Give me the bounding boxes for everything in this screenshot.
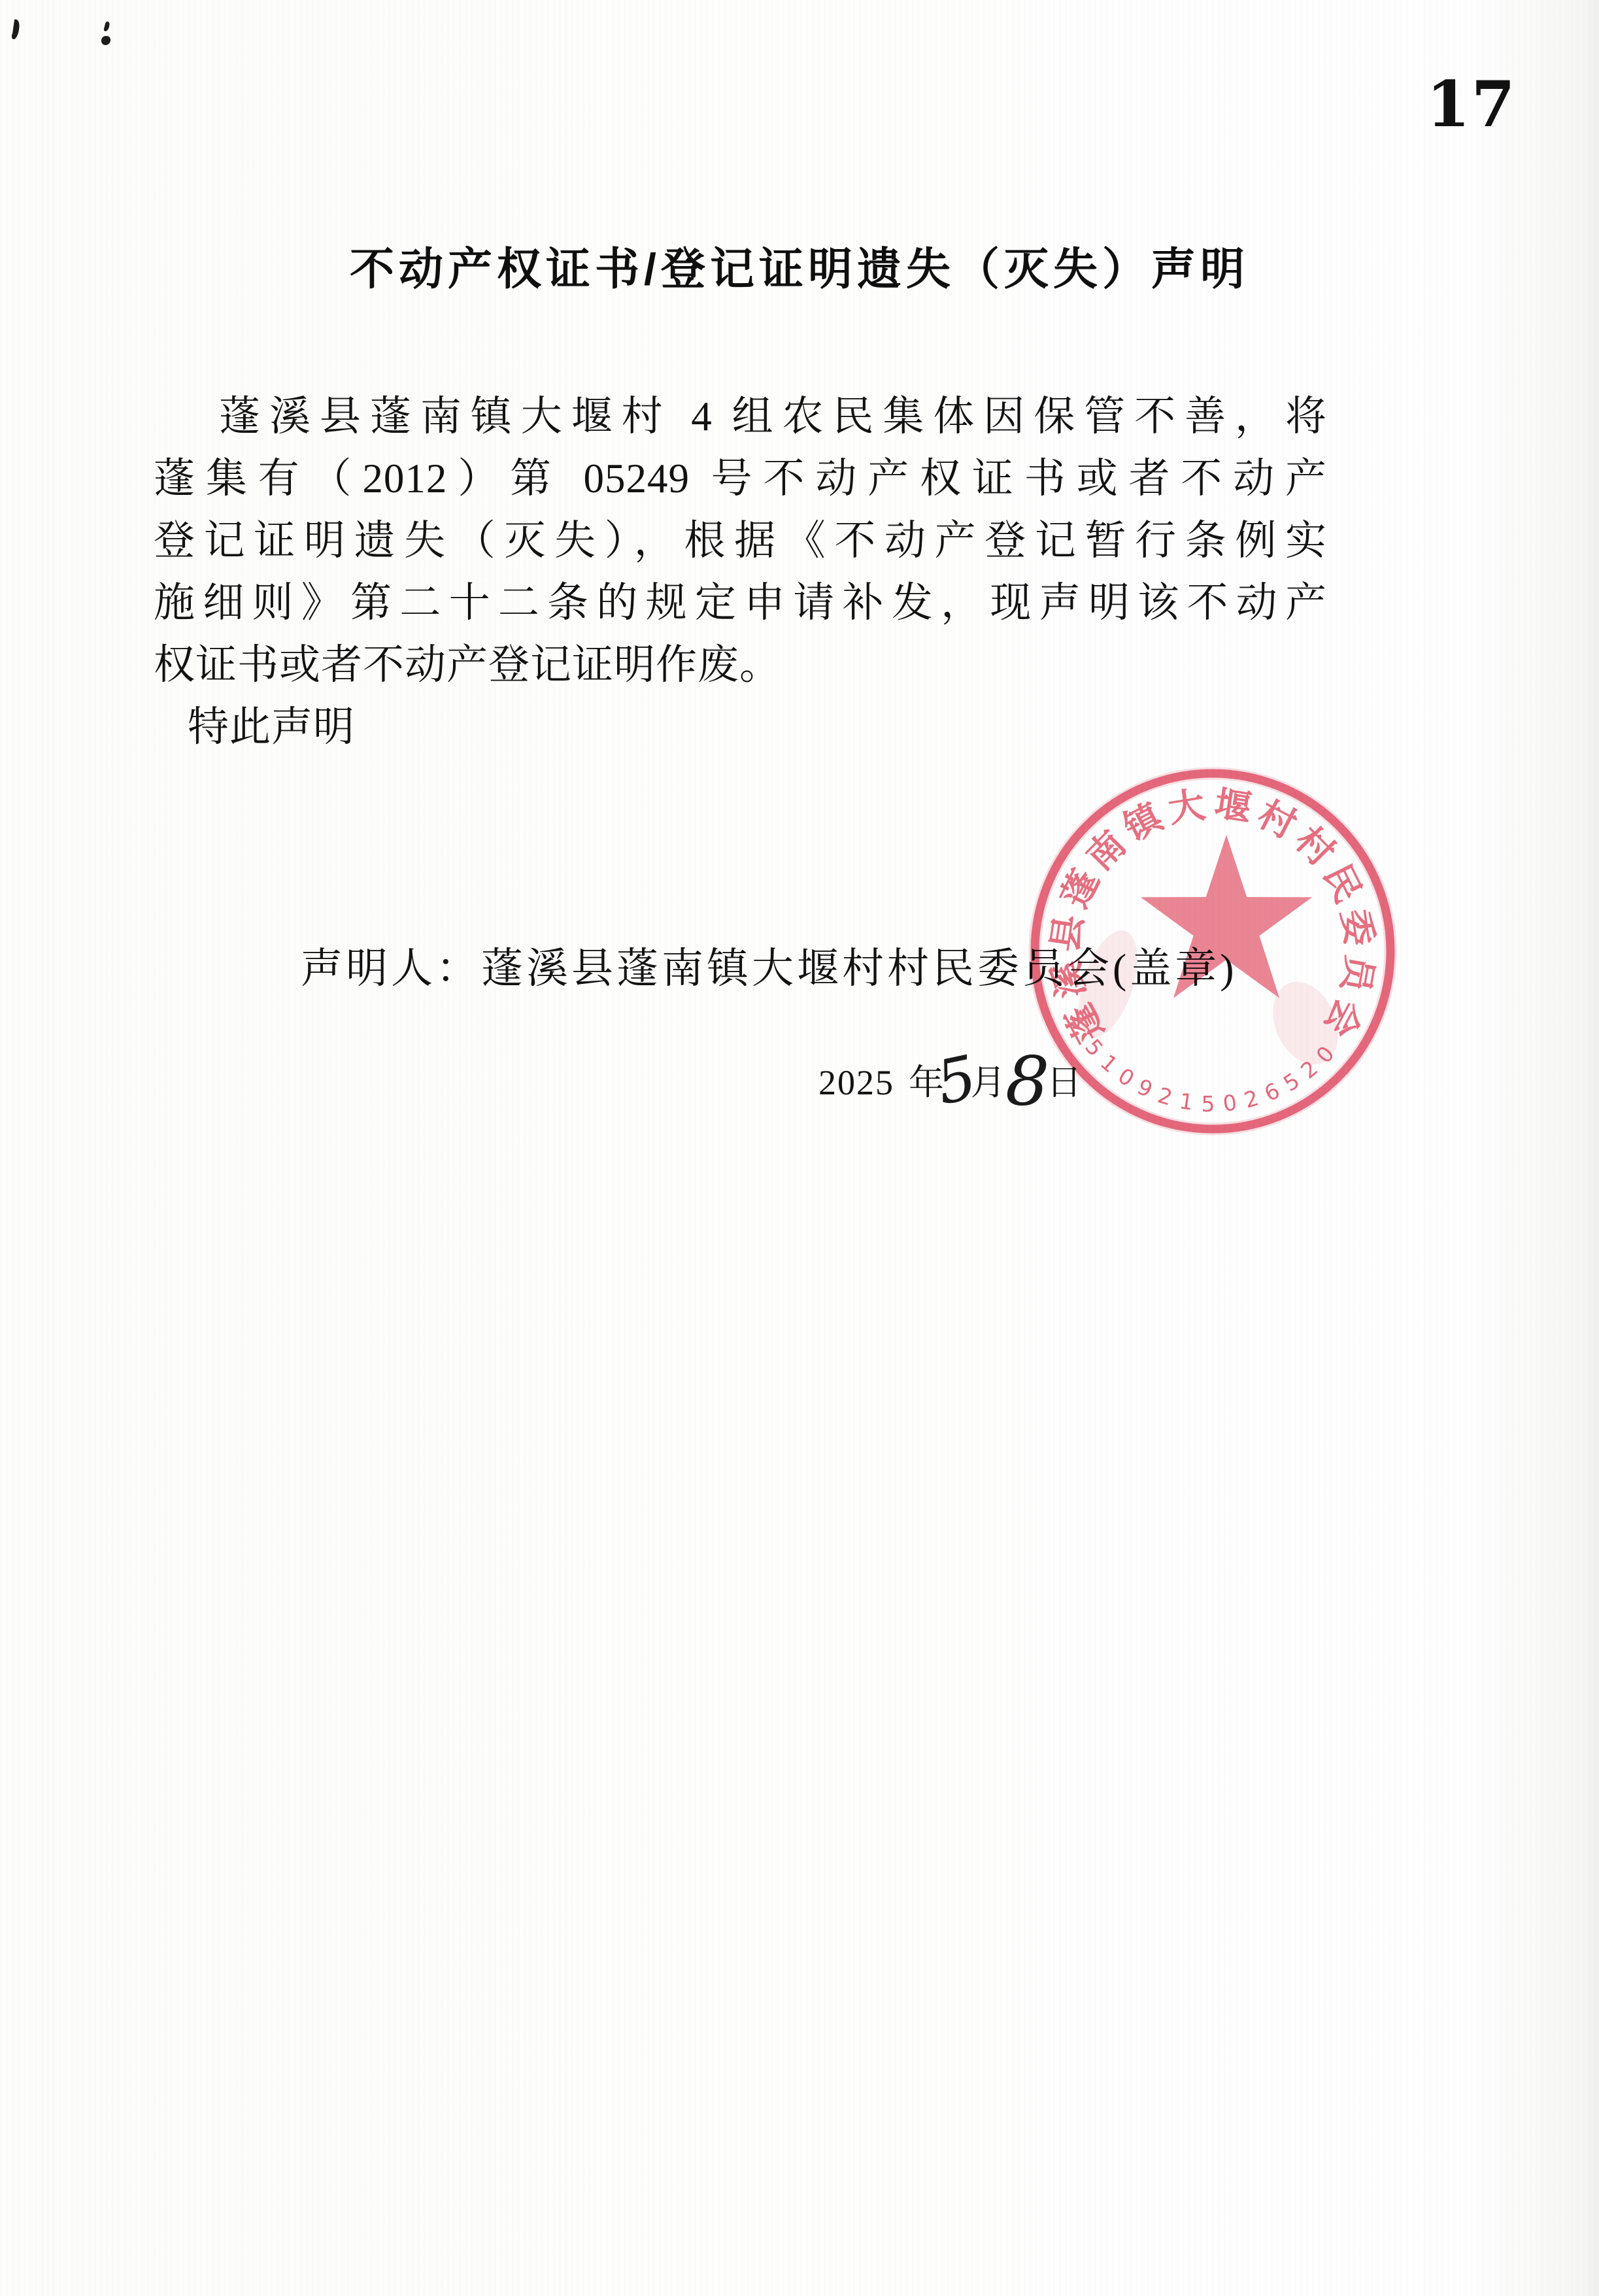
document-title: 不动产权证书/登记证明遗失（灭失）声明 bbox=[0, 243, 1599, 297]
date-year: 2025 bbox=[818, 1063, 894, 1102]
ink-speck bbox=[12, 33, 16, 39]
body-line-2: 蓬集有（2012）第 05249 号不动产权证书或者不动产 bbox=[154, 448, 1327, 510]
declaration-body: 蓬溪县蓬南镇大堰村 4 组农民集体因保管不善，将 蓬集有（2012）第 0524… bbox=[154, 386, 1327, 758]
ink-speck bbox=[101, 36, 110, 45]
body-line-5: 权证书或者不动产登记证明作废。 bbox=[154, 634, 1327, 696]
signature-label: 声明人： bbox=[301, 945, 481, 992]
official-seal-stamp: 蓬溪县蓬南镇大堰村村民委员会 5109215026520 bbox=[1010, 749, 1415, 1154]
ink-speck bbox=[103, 21, 110, 31]
stamp-star bbox=[1141, 835, 1312, 998]
body-line-4: 施细则》第二十二条的规定申请补发，现声明该不动产 bbox=[154, 572, 1327, 634]
page-number: 17 bbox=[1426, 73, 1517, 136]
scanned-document-page: 17 不动产权证书/登记证明遗失（灭失）声明 蓬溪县蓬南镇大堰村 4 组农民集体… bbox=[0, 0, 1599, 2296]
body-line-1: 蓬溪县蓬南镇大堰村 4 组农民集体因保管不善，将 bbox=[154, 386, 1327, 448]
body-line-3: 登记证明遗失（灭失），根据《不动产登记暂行条例实 bbox=[154, 510, 1327, 572]
